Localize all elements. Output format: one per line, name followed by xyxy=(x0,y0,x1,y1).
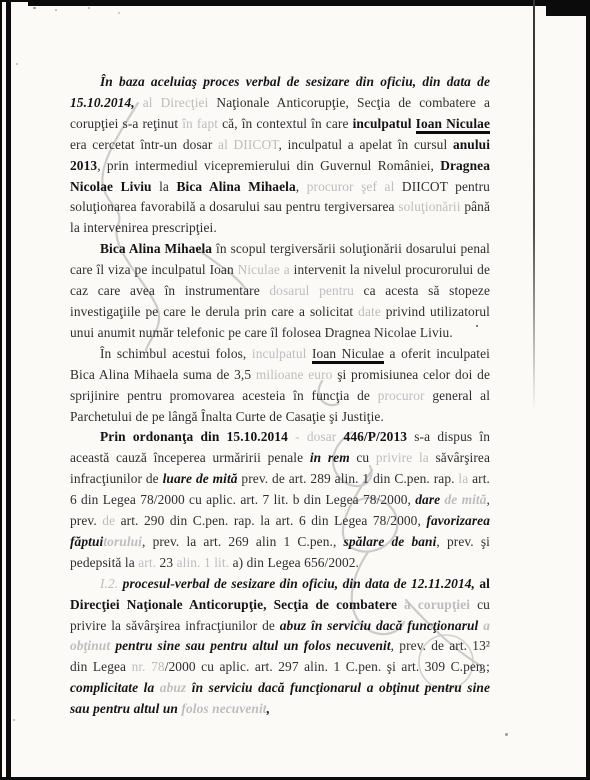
text-paragraph: I.2. procesul-verbal de sesizare din ofi… xyxy=(70,574,490,720)
document-body: În baza aceluiaş proces verbal de sesiza… xyxy=(70,72,490,720)
text-run: Niculae a xyxy=(238,262,290,277)
text-paragraph: Bica Alina Mihaela în scopul tergiversăr… xyxy=(70,239,490,344)
text-run: art. xyxy=(138,555,156,570)
text-paragraph: Prin ordonanţa din 15.10.2014 - dosar 44… xyxy=(70,427,490,573)
text-run: spălare de bani xyxy=(344,534,437,549)
text-run: torului xyxy=(103,534,142,549)
text-run: - dosar xyxy=(288,429,344,444)
text-run: procuror şef al xyxy=(307,179,395,194)
scan-border-top xyxy=(28,0,590,6)
scan-speck xyxy=(505,733,508,736)
text-run: dare xyxy=(415,492,444,507)
text-run: a corupţiei xyxy=(404,597,470,612)
text-run: art. 290 din C.pen. rap. la art. 6 din L… xyxy=(115,513,426,528)
scan-fold-line xyxy=(533,0,535,412)
scan-speck xyxy=(88,7,90,9)
text-run: procesul-verbal de sesizare din oficiu, … xyxy=(123,576,475,591)
text-run: Ioan Niculae xyxy=(312,346,384,365)
text-run: prev. de art. 289 alin. 1 din C.pen. rap… xyxy=(238,471,459,486)
text-run: /2000 cu aplic. art. 297 alin. 1 C.pen. … xyxy=(165,659,490,674)
text-run: la xyxy=(152,179,177,194)
scan-speck xyxy=(118,12,120,14)
text-run: că, în contextul în care xyxy=(218,116,352,131)
scan-border-top-right-block xyxy=(546,0,590,16)
text-run: , prev. la art. 269 alin 1 C.pen., xyxy=(142,534,344,549)
text-run: Ioan Niculae xyxy=(416,116,490,135)
page-number: 3 xyxy=(479,661,486,677)
text-run: , xyxy=(267,701,270,716)
text-run: Prin ordonanţa din 15.10.2014 xyxy=(100,429,288,444)
text-run: , prin intermediul vicepremierului din G… xyxy=(97,158,440,173)
text-run: în fapt xyxy=(182,116,218,131)
text-run: folos necuvenit xyxy=(181,701,266,716)
text-paragraph: În baza aceluiaş proces verbal de sesiza… xyxy=(70,72,490,239)
text-run: de xyxy=(102,513,115,528)
text-run: Bica Alina Mihaela xyxy=(176,179,295,194)
scan-border-left-outer xyxy=(0,0,2,780)
text-run: În schimbul acestui folos, xyxy=(100,346,252,361)
text-run: abuz în serviciu dacă funcţionarul xyxy=(280,618,483,633)
text-run: I.2. xyxy=(100,576,123,591)
text-run: cu xyxy=(350,450,376,465)
text-run: nr. 78 xyxy=(132,659,165,674)
text-run: la xyxy=(458,471,468,486)
text-run: , xyxy=(296,179,307,194)
scan-speck xyxy=(13,719,15,721)
text-run: de mită xyxy=(444,492,486,507)
text-run: , inculpatul a apelat în cursul xyxy=(279,137,453,152)
text-run: luare de mită xyxy=(163,471,238,486)
text-run: inculpatul xyxy=(353,116,416,131)
scan-speck xyxy=(16,63,18,65)
text-run: pentru sine sau pentru altul un folos ne… xyxy=(110,638,391,653)
text-run: era cercetat într-un dosar xyxy=(70,137,218,152)
text-run: al Direcţiei xyxy=(143,95,209,110)
text-run: date xyxy=(358,304,381,319)
scan-border-right xyxy=(586,0,590,780)
text-run: alin. 1 lit. xyxy=(177,555,230,570)
text-run: inculpatul xyxy=(252,346,307,361)
text-run: milioane euro xyxy=(256,367,333,382)
text-run: complicitate la xyxy=(70,680,160,695)
text-run: abuz xyxy=(160,680,186,695)
scanned-page: { "document": { "page_number": "3", "par… xyxy=(0,0,590,780)
scan-speck xyxy=(33,7,36,9)
text-run: a) din Legea 656/2002. xyxy=(229,555,359,570)
scan-border-left-inner xyxy=(6,0,11,780)
scan-speck xyxy=(55,9,57,11)
text-run: in rem xyxy=(310,450,350,465)
text-run: privire la xyxy=(376,450,429,465)
text-paragraph: În schimbul acestui folos, inculpatul Io… xyxy=(70,344,490,428)
text-run: 446/P/2013 xyxy=(344,429,408,444)
text-run: Bica Alina Mihaela xyxy=(100,241,212,256)
text-run: al DIICOT xyxy=(218,137,278,152)
text-run: 23 xyxy=(156,555,177,570)
text-run: procuror xyxy=(378,388,425,403)
text-run: dosarul pentru xyxy=(269,283,354,298)
text-run: soluţionării xyxy=(398,199,460,214)
